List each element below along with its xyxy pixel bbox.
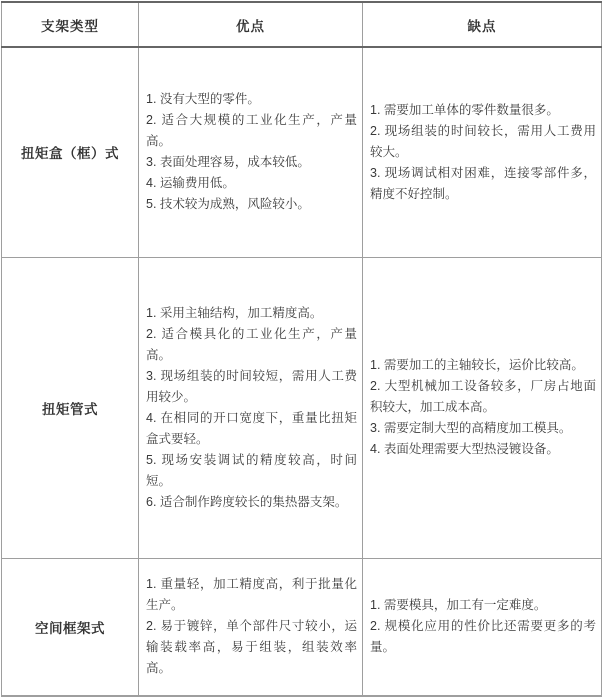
list-item: 3. 需要定制大型的高精度加工模具。 (370, 418, 596, 439)
list-item: 3. 现场组装的时间较短，需用人工费用较少。 (146, 366, 357, 408)
bracket-comparison-table: 支架类型 优点 缺点 扭矩盒（框）式 1. 没有大型的零件。2. 适合大规模的工… (1, 1, 602, 697)
header-disadvantages: 缺点 (363, 2, 602, 47)
list-item: 4. 运输费用低。 (146, 173, 357, 194)
list-item: 3. 现场调试相对困难，连接零部件多，精度不好控制。 (370, 163, 596, 205)
header-advantages: 优点 (139, 2, 363, 47)
list-item: 1. 没有大型的零件。 (146, 89, 357, 110)
disadvantages-cell: 1. 需要加工的主轴较长，运价比较高。2. 大型机械加工设备较多，厂房占地面积较… (363, 257, 602, 558)
list-item: 6. 适合制作跨度较长的集热器支架。 (146, 492, 357, 513)
table-row-torque-tube: 扭矩管式 1. 采用主轴结构，加工精度高。2. 适合模具化的工业化生产，产量高。… (2, 257, 602, 558)
list-item: 2. 现场组装的时间较长，需用人工费用较大。 (370, 121, 596, 163)
advantages-cell: 1. 没有大型的零件。2. 适合大规模的工业化生产，产量高。3. 表面处理容易，… (139, 47, 363, 257)
advantages-list: 1. 采用主轴结构，加工精度高。2. 适合模具化的工业化生产，产量高。3. 现场… (146, 303, 357, 513)
header-bracket-type: 支架类型 (2, 2, 139, 47)
type-cell: 空间框架式 (2, 558, 139, 696)
document-page: 支架类型 优点 缺点 扭矩盒（框）式 1. 没有大型的零件。2. 适合大规模的工… (0, 0, 602, 699)
table-row-torque-box: 扭矩盒（框）式 1. 没有大型的零件。2. 适合大规模的工业化生产，产量高。3.… (2, 47, 602, 257)
advantages-list: 1. 重量轻，加工精度高，利于批量化生产。2. 易于镀锌，单个部件尺寸较小，运输… (146, 574, 357, 679)
list-item: 4. 在相同的开口宽度下，重量比扭矩盒式要轻。 (146, 408, 357, 450)
disadvantages-list: 1. 需要加工的主轴较长，运价比较高。2. 大型机械加工设备较多，厂房占地面积较… (370, 355, 596, 460)
table-row-space-frame: 空间框架式 1. 重量轻，加工精度高，利于批量化生产。2. 易于镀锌，单个部件尺… (2, 558, 602, 696)
list-item: 5. 现场安装调试的精度较高，时间短。 (146, 450, 357, 492)
list-item: 3. 表面处理容易，成本较低。 (146, 152, 357, 173)
list-item: 2. 适合大规模的工业化生产，产量高。 (146, 110, 357, 152)
list-item: 2. 规模化应用的性价比还需要更多的考量。 (370, 616, 596, 658)
advantages-cell: 1. 重量轻，加工精度高，利于批量化生产。2. 易于镀锌，单个部件尺寸较小，运输… (139, 558, 363, 696)
list-item: 2. 大型机械加工设备较多，厂房占地面积较大，加工成本高。 (370, 376, 596, 418)
disadvantages-cell: 1. 需要加工单体的零件数量很多。2. 现场组装的时间较长，需用人工费用较大。3… (363, 47, 602, 257)
list-item: 5. 技术较为成熟，风险较小。 (146, 194, 357, 215)
disadvantages-list: 1. 需要模具，加工有一定难度。2. 规模化应用的性价比还需要更多的考量。 (370, 595, 596, 658)
disadvantages-cell: 1. 需要模具，加工有一定难度。2. 规模化应用的性价比还需要更多的考量。 (363, 558, 602, 696)
advantages-cell: 1. 采用主轴结构，加工精度高。2. 适合模具化的工业化生产，产量高。3. 现场… (139, 257, 363, 558)
type-cell: 扭矩管式 (2, 257, 139, 558)
advantages-list: 1. 没有大型的零件。2. 适合大规模的工业化生产，产量高。3. 表面处理容易，… (146, 89, 357, 215)
list-item: 1. 采用主轴结构，加工精度高。 (146, 303, 357, 324)
list-item: 2. 易于镀锌，单个部件尺寸较小，运输装载率高，易于组装，组装效率高。 (146, 616, 357, 679)
list-item: 4. 表面处理需要大型热浸镀设备。 (370, 439, 596, 460)
list-item: 1. 需要模具，加工有一定难度。 (370, 595, 596, 616)
header-row: 支架类型 优点 缺点 (2, 2, 602, 47)
list-item: 2. 适合模具化的工业化生产，产量高。 (146, 324, 357, 366)
list-item: 1. 需要加工单体的零件数量很多。 (370, 100, 596, 121)
disadvantages-list: 1. 需要加工单体的零件数量很多。2. 现场组装的时间较长，需用人工费用较大。3… (370, 100, 596, 205)
list-item: 1. 重量轻，加工精度高，利于批量化生产。 (146, 574, 357, 616)
list-item: 1. 需要加工的主轴较长，运价比较高。 (370, 355, 596, 376)
type-cell: 扭矩盒（框）式 (2, 47, 139, 257)
